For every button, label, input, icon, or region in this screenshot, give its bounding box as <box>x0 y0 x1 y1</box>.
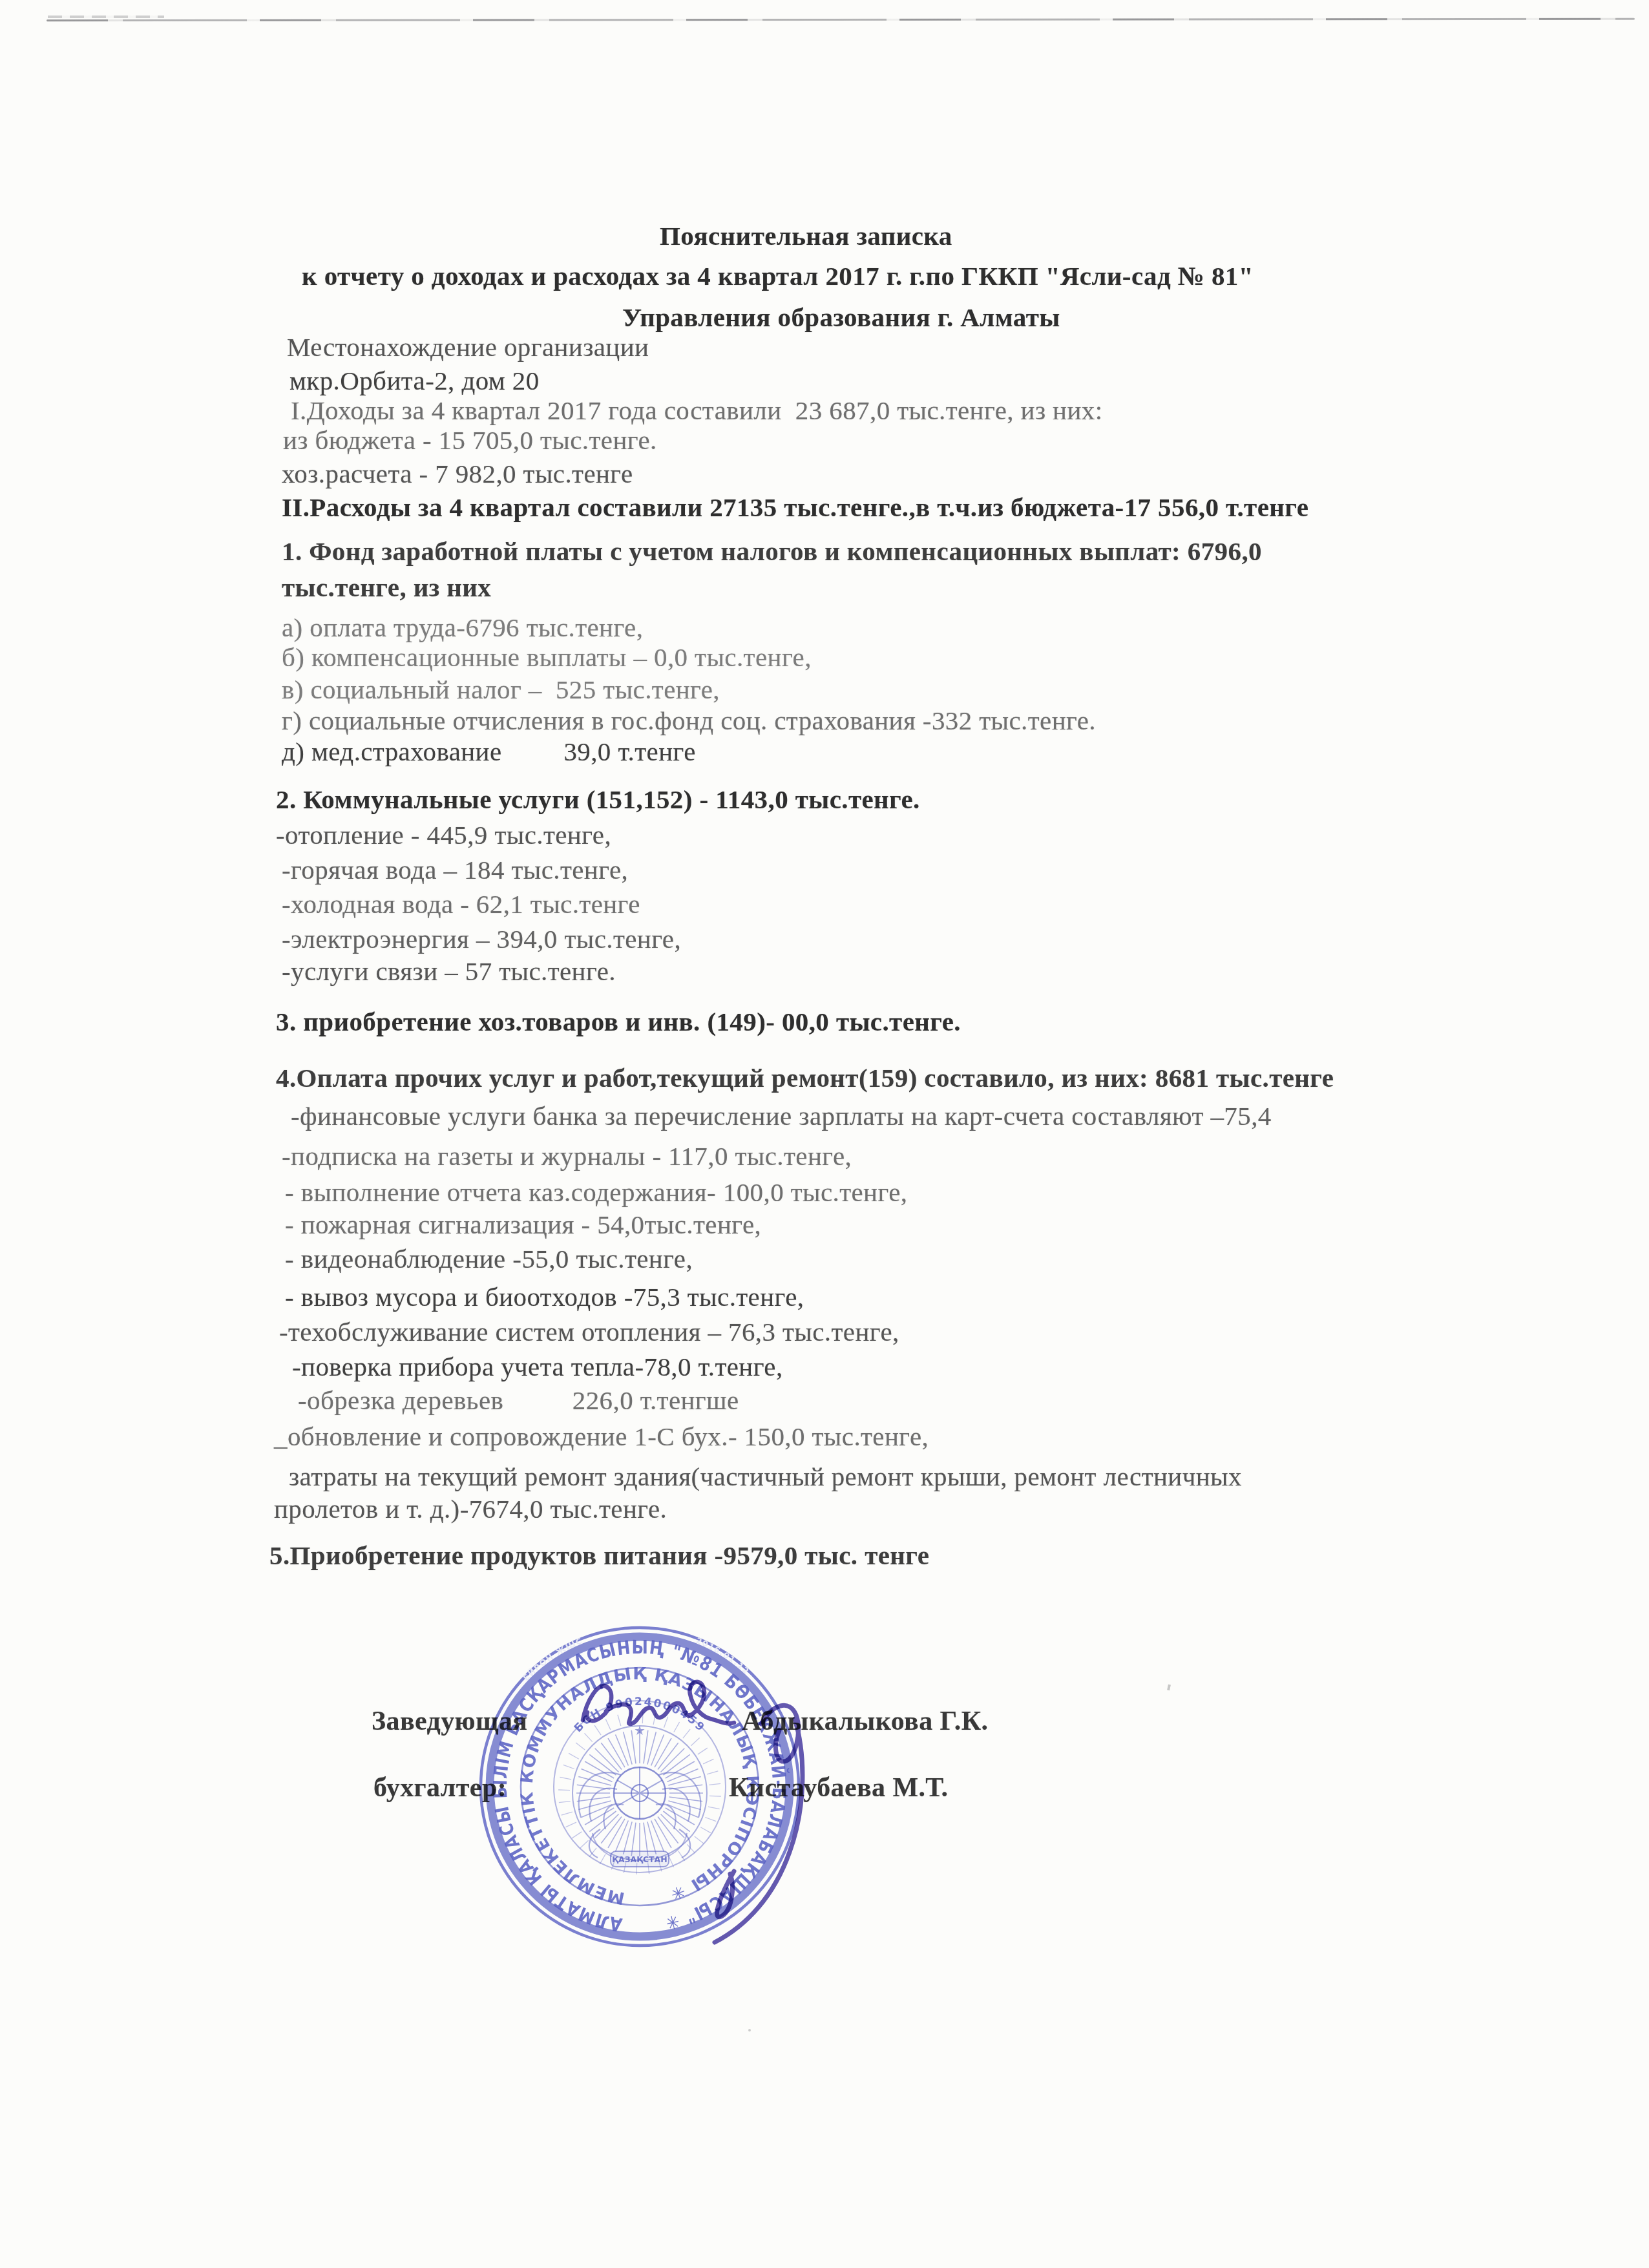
scanned-document-page: Пояснительная запискак отчету о доходах … <box>0 0 1649 2268</box>
signatures-overlay <box>0 0 1649 2268</box>
signature-accountant <box>715 1705 803 1942</box>
signature-director <box>583 1682 734 1724</box>
